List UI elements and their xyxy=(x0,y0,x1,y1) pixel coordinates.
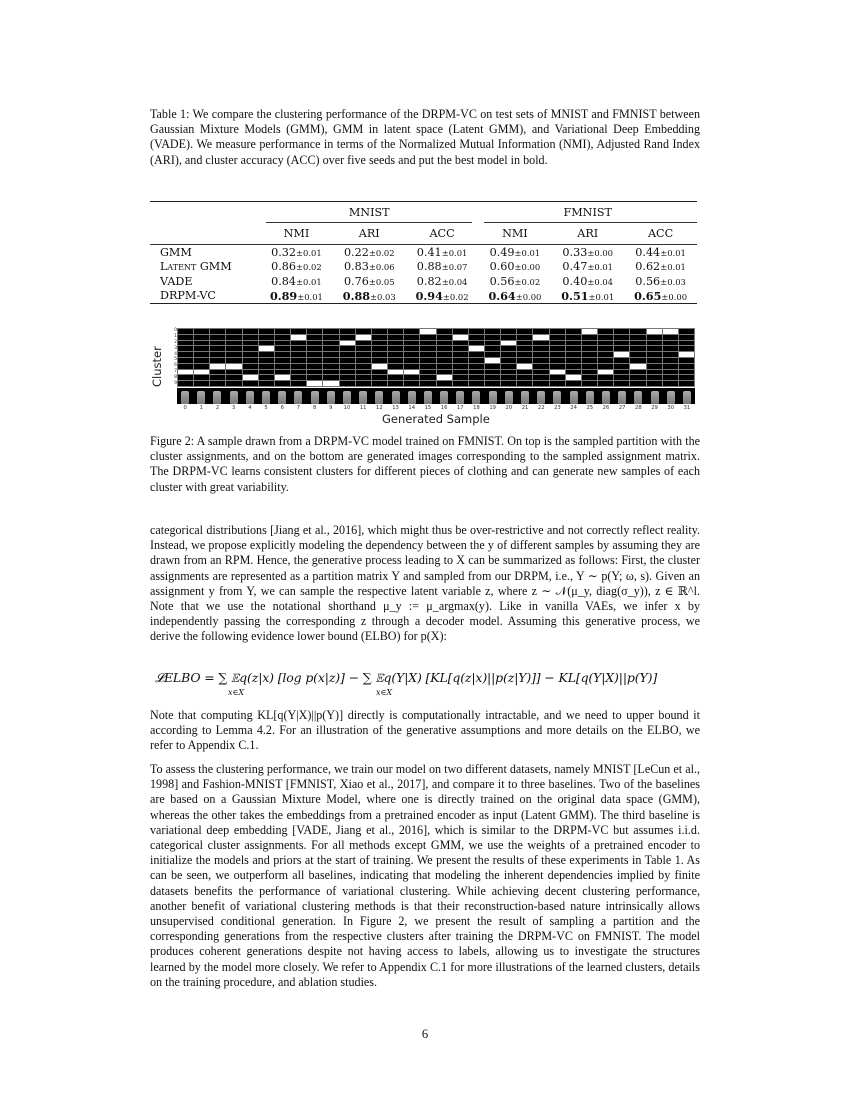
matrix-cell xyxy=(679,329,694,334)
matrix-cell xyxy=(679,341,694,346)
matrix-cell xyxy=(388,341,403,346)
cell-std: ±0.01 xyxy=(442,248,468,258)
matrix-cell xyxy=(291,335,306,340)
generated-image xyxy=(582,388,598,404)
matrix-cell xyxy=(404,352,419,357)
matrix-cell xyxy=(291,381,306,386)
matrix-cell xyxy=(388,352,403,357)
table-cell: 0.44±0.01 xyxy=(624,245,697,260)
matrix-cell xyxy=(340,346,355,351)
matrix-cell xyxy=(388,381,403,386)
matrix-cell xyxy=(533,346,548,351)
matrix-cell xyxy=(663,375,678,380)
matrix-cell xyxy=(550,370,565,375)
x-tick: 16 xyxy=(436,405,452,411)
matrix-cell xyxy=(356,364,371,369)
matrix-cell xyxy=(356,341,371,346)
cell-value: 0.56 xyxy=(490,275,515,288)
matrix-cell xyxy=(517,335,532,340)
column-header: ARI xyxy=(333,223,406,245)
matrix-cell xyxy=(469,346,484,351)
matrix-cell xyxy=(437,341,452,346)
table-cell: 0.47±0.01 xyxy=(551,260,624,275)
matrix-cell xyxy=(501,358,516,363)
matrix-cell xyxy=(323,381,338,386)
matrix-cell xyxy=(469,381,484,386)
cell-value: 0.41 xyxy=(417,246,442,259)
matrix-cell xyxy=(566,375,581,380)
x-tick: 10 xyxy=(339,405,355,411)
matrix-cell xyxy=(437,335,452,340)
matrix-cell xyxy=(437,352,452,357)
matrix-cell xyxy=(194,370,209,375)
matrix-cell xyxy=(404,358,419,363)
matrix-cell xyxy=(566,329,581,334)
cell-std: ±0.01 xyxy=(296,248,322,258)
matrix-cell xyxy=(453,329,468,334)
matrix-cell xyxy=(420,352,435,357)
matrix-cell xyxy=(566,358,581,363)
matrix-cell xyxy=(372,346,387,351)
matrix-cell xyxy=(226,370,241,375)
x-tick: 13 xyxy=(387,405,403,411)
matrix-cell xyxy=(517,370,532,375)
matrix-cell xyxy=(323,370,338,375)
matrix-cell xyxy=(566,341,581,346)
matrix-cell xyxy=(178,329,193,334)
group-header-fmnist: FMNIST xyxy=(478,202,697,224)
x-tick: 25 xyxy=(582,405,598,411)
matrix-cell xyxy=(340,335,355,340)
matrix-cell xyxy=(501,364,516,369)
matrix-cell xyxy=(501,370,516,375)
cell-std: ±0.01 xyxy=(660,248,686,258)
x-axis-ticks: 0123456789101112131415161718192021222324… xyxy=(177,405,695,411)
matrix-cell xyxy=(372,352,387,357)
matrix-cell xyxy=(259,364,274,369)
x-tick: 14 xyxy=(404,405,420,411)
generated-image xyxy=(598,388,614,404)
matrix-cell xyxy=(533,352,548,357)
matrix-cell xyxy=(550,375,565,380)
matrix-cell xyxy=(226,381,241,386)
matrix-cell xyxy=(533,381,548,386)
matrix-cell xyxy=(388,358,403,363)
group-header-mnist: MNIST xyxy=(260,202,478,224)
matrix-cell xyxy=(340,358,355,363)
matrix-cell xyxy=(243,375,258,380)
matrix-cell xyxy=(307,346,322,351)
matrix-cell xyxy=(210,370,225,375)
column-header: ARI xyxy=(551,223,624,245)
column-header: NMI xyxy=(260,223,333,245)
x-tick: 21 xyxy=(517,405,533,411)
matrix-cell xyxy=(259,346,274,351)
table-cell: 0.40±0.04 xyxy=(551,274,624,289)
matrix-cell xyxy=(340,352,355,357)
x-tick: 6 xyxy=(274,405,290,411)
matrix-cell xyxy=(226,352,241,357)
matrix-cell xyxy=(533,341,548,346)
generated-image xyxy=(290,388,306,404)
matrix-cell xyxy=(533,358,548,363)
matrix-cell xyxy=(226,335,241,340)
cell-value: 0.83 xyxy=(344,260,369,273)
table-group-header-row: MNIST FMNIST xyxy=(150,202,697,224)
table-row: Latent GMM0.86±0.020.83±0.060.88±0.070.6… xyxy=(150,260,697,275)
matrix-cell xyxy=(647,352,662,357)
matrix-cell xyxy=(647,358,662,363)
x-tick: 11 xyxy=(355,405,371,411)
cell-std: ±0.02 xyxy=(296,262,322,272)
table-cell: 0.76±0.05 xyxy=(333,274,406,289)
matrix-cell xyxy=(679,346,694,351)
matrix-cell xyxy=(372,358,387,363)
figure-partition-samples: Cluster 0123456789 012345678910111213141… xyxy=(150,322,700,427)
matrix-cell xyxy=(469,364,484,369)
generated-images-strip xyxy=(177,388,695,404)
generated-image xyxy=(646,388,662,404)
matrix-cell xyxy=(226,329,241,334)
matrix-cell xyxy=(630,381,645,386)
matrix-cell xyxy=(437,346,452,351)
matrix-cell xyxy=(517,346,532,351)
table-cell: 0.86±0.02 xyxy=(260,260,333,275)
matrix-cell xyxy=(388,346,403,351)
matrix-cell xyxy=(404,364,419,369)
matrix-cell xyxy=(210,352,225,357)
matrix-cell xyxy=(340,375,355,380)
matrix-cell xyxy=(275,335,290,340)
cell-std: ±0.01 xyxy=(589,292,615,302)
matrix-cell xyxy=(404,341,419,346)
matrix-cell xyxy=(178,346,193,351)
generated-image xyxy=(242,388,258,404)
matrix-cell xyxy=(663,370,678,375)
x-tick: 17 xyxy=(452,405,468,411)
matrix-cell xyxy=(372,335,387,340)
matrix-cell xyxy=(226,358,241,363)
equation-subscript: x∈X xyxy=(376,688,392,697)
generated-image xyxy=(501,388,517,404)
matrix-cell xyxy=(307,335,322,340)
matrix-cell xyxy=(356,335,371,340)
matrix-cell xyxy=(323,335,338,340)
matrix-cell xyxy=(663,358,678,363)
generated-image xyxy=(209,388,225,404)
matrix-cell xyxy=(291,346,306,351)
matrix-cell xyxy=(517,352,532,357)
matrix-cell xyxy=(275,375,290,380)
matrix-cell xyxy=(533,375,548,380)
matrix-cell xyxy=(291,329,306,334)
cell-std: ±0.05 xyxy=(369,277,395,287)
matrix-cell xyxy=(533,335,548,340)
matrix-cell xyxy=(453,375,468,380)
column-header: ACC xyxy=(406,223,479,245)
matrix-cell xyxy=(307,358,322,363)
matrix-cell xyxy=(485,370,500,375)
matrix-cell xyxy=(663,364,678,369)
matrix-cell xyxy=(582,341,597,346)
matrix-cell xyxy=(210,375,225,380)
matrix-cell xyxy=(404,370,419,375)
matrix-cell xyxy=(307,341,322,346)
matrix-cell xyxy=(630,335,645,340)
row-label: GMM xyxy=(150,245,260,260)
matrix-cell xyxy=(291,364,306,369)
matrix-cell xyxy=(614,375,629,380)
generated-image xyxy=(339,388,355,404)
x-tick: 3 xyxy=(226,405,242,411)
matrix-cell xyxy=(356,352,371,357)
matrix-cell xyxy=(226,375,241,380)
matrix-cell xyxy=(679,381,694,386)
matrix-cell xyxy=(550,358,565,363)
table-row: VADE0.84±0.010.76±0.050.82±0.040.56±0.02… xyxy=(150,274,697,289)
matrix-cell xyxy=(598,341,613,346)
matrix-cell xyxy=(307,370,322,375)
matrix-cell xyxy=(243,329,258,334)
matrix-cell xyxy=(372,375,387,380)
matrix-cell xyxy=(226,364,241,369)
matrix-cell xyxy=(194,375,209,380)
matrix-cell xyxy=(307,352,322,357)
generated-image xyxy=(566,388,582,404)
matrix-cell xyxy=(550,335,565,340)
matrix-cell xyxy=(275,358,290,363)
matrix-cell xyxy=(243,346,258,351)
matrix-cell xyxy=(356,346,371,351)
matrix-cell xyxy=(437,375,452,380)
table-caption: Table 1: We compare the clustering perfo… xyxy=(150,107,700,168)
matrix-cell xyxy=(372,370,387,375)
matrix-cell xyxy=(307,381,322,386)
matrix-cell xyxy=(598,375,613,380)
generated-image xyxy=(549,388,565,404)
equation-subscript: x∈X xyxy=(228,688,244,697)
matrix-cell xyxy=(437,364,452,369)
matrix-cell xyxy=(210,358,225,363)
matrix-cell xyxy=(566,335,581,340)
cell-value: 0.33 xyxy=(562,246,587,259)
matrix-cell xyxy=(453,358,468,363)
cell-value: 0.22 xyxy=(344,246,369,259)
matrix-cell xyxy=(630,341,645,346)
x-tick: 29 xyxy=(646,405,662,411)
matrix-cell xyxy=(243,370,258,375)
cell-value: 0.64 xyxy=(488,289,515,303)
matrix-cell xyxy=(630,364,645,369)
matrix-cell xyxy=(291,375,306,380)
matrix-cell xyxy=(501,346,516,351)
generated-image xyxy=(436,388,452,404)
matrix-cell xyxy=(291,352,306,357)
matrix-cell xyxy=(582,381,597,386)
generated-image xyxy=(355,388,371,404)
matrix-cell xyxy=(178,352,193,357)
matrix-cell xyxy=(679,364,694,369)
matrix-cell xyxy=(501,335,516,340)
cell-value: 0.94 xyxy=(416,289,443,303)
elbo-equation: 𝓛ELBO = ∑ 𝔼q(z|x) [log p(x|z)] − ∑ 𝔼q(Y|… xyxy=(155,668,700,704)
generated-image xyxy=(404,388,420,404)
matrix-cell xyxy=(663,335,678,340)
matrix-cell xyxy=(243,381,258,386)
page-number: 6 xyxy=(0,1027,850,1042)
matrix-cell xyxy=(663,352,678,357)
matrix-cell xyxy=(582,375,597,380)
matrix-cell xyxy=(485,375,500,380)
matrix-cell xyxy=(582,370,597,375)
matrix-cell xyxy=(178,375,193,380)
matrix-cell xyxy=(323,358,338,363)
matrix-cell xyxy=(194,335,209,340)
cell-value: 0.88 xyxy=(343,289,370,303)
cell-std: ±0.02 xyxy=(515,277,541,287)
cell-value: 0.32 xyxy=(271,246,296,259)
matrix-cell xyxy=(517,381,532,386)
cell-value: 0.62 xyxy=(635,260,660,273)
table-cell: 0.82±0.04 xyxy=(406,274,479,289)
matrix-cell xyxy=(598,346,613,351)
matrix-cell xyxy=(647,346,662,351)
x-tick: 24 xyxy=(566,405,582,411)
matrix-cell xyxy=(679,375,694,380)
generated-image xyxy=(663,388,679,404)
matrix-cell xyxy=(420,364,435,369)
matrix-cell xyxy=(178,381,193,386)
matrix-cell xyxy=(550,329,565,334)
matrix-cell xyxy=(307,375,322,380)
matrix-cell xyxy=(420,335,435,340)
row-label: Latent GMM xyxy=(150,260,260,275)
generated-image xyxy=(420,388,436,404)
matrix-cell xyxy=(356,358,371,363)
matrix-cell xyxy=(453,364,468,369)
matrix-cell xyxy=(194,364,209,369)
matrix-cell xyxy=(501,341,516,346)
matrix-cell xyxy=(614,370,629,375)
matrix-cell xyxy=(550,346,565,351)
matrix-cell xyxy=(566,364,581,369)
matrix-cell xyxy=(323,346,338,351)
matrix-cell xyxy=(614,364,629,369)
table-cell: 0.62±0.01 xyxy=(624,260,697,275)
matrix-cell xyxy=(437,329,452,334)
matrix-cell xyxy=(550,341,565,346)
matrix-cell xyxy=(598,335,613,340)
matrix-cell xyxy=(420,375,435,380)
table-cell: 0.89±0.01 xyxy=(260,289,333,304)
matrix-cell xyxy=(210,381,225,386)
matrix-cell xyxy=(388,375,403,380)
matrix-cell xyxy=(630,375,645,380)
matrix-cell xyxy=(259,375,274,380)
cell-value: 0.89 xyxy=(270,289,297,303)
cell-std: ±0.00 xyxy=(587,248,613,258)
cell-value: 0.60 xyxy=(490,260,515,273)
table-cell: 0.88±0.07 xyxy=(406,260,479,275)
matrix-cell xyxy=(614,335,629,340)
cell-std: ±0.00 xyxy=(516,292,542,302)
matrix-cell xyxy=(340,381,355,386)
matrix-cell xyxy=(630,358,645,363)
matrix-cell xyxy=(340,329,355,334)
matrix-cell xyxy=(469,370,484,375)
matrix-cell xyxy=(630,329,645,334)
matrix-cell xyxy=(598,358,613,363)
matrix-cell xyxy=(469,375,484,380)
matrix-cell xyxy=(210,341,225,346)
matrix-cell xyxy=(566,381,581,386)
matrix-cell xyxy=(453,335,468,340)
generated-image xyxy=(485,388,501,404)
matrix-cell xyxy=(291,358,306,363)
table-cell: 0.32±0.01 xyxy=(260,245,333,260)
matrix-cell xyxy=(243,341,258,346)
matrix-cell xyxy=(485,364,500,369)
matrix-cell xyxy=(663,346,678,351)
matrix-cell xyxy=(501,352,516,357)
x-tick: 5 xyxy=(258,405,274,411)
cell-std: ±0.01 xyxy=(660,262,686,272)
matrix-cell xyxy=(372,381,387,386)
table-cell: 0.65±0.00 xyxy=(624,289,697,304)
generated-image xyxy=(517,388,533,404)
generated-image xyxy=(387,388,403,404)
matrix-cell xyxy=(307,364,322,369)
matrix-cell xyxy=(582,358,597,363)
x-tick: 2 xyxy=(209,405,225,411)
matrix-cell xyxy=(485,381,500,386)
matrix-cell xyxy=(420,370,435,375)
x-tick: 18 xyxy=(468,405,484,411)
matrix-cell xyxy=(275,346,290,351)
cell-std: ±0.01 xyxy=(587,262,613,272)
x-tick: 28 xyxy=(630,405,646,411)
matrix-cell xyxy=(291,341,306,346)
x-axis-label: Generated Sample xyxy=(382,412,490,426)
matrix-cell xyxy=(372,364,387,369)
matrix-cell xyxy=(614,358,629,363)
matrix-cell xyxy=(275,381,290,386)
matrix-cell xyxy=(210,335,225,340)
matrix-cell xyxy=(388,364,403,369)
matrix-cell xyxy=(323,329,338,334)
matrix-cell xyxy=(437,370,452,375)
matrix-cell xyxy=(582,329,597,334)
matrix-cell xyxy=(679,335,694,340)
matrix-cell xyxy=(356,375,371,380)
matrix-cell xyxy=(259,381,274,386)
matrix-cell xyxy=(453,381,468,386)
x-tick: 7 xyxy=(290,405,306,411)
matrix-cell xyxy=(323,364,338,369)
cell-std: ±0.06 xyxy=(369,262,395,272)
matrix-cell xyxy=(598,352,613,357)
matrix-cell xyxy=(582,352,597,357)
cell-value: 0.82 xyxy=(417,275,442,288)
matrix-cell xyxy=(259,370,274,375)
matrix-cell xyxy=(598,329,613,334)
matrix-cell xyxy=(647,341,662,346)
matrix-cell xyxy=(259,329,274,334)
matrix-cell xyxy=(340,364,355,369)
generated-image xyxy=(258,388,274,404)
table-cell: 0.33±0.00 xyxy=(551,245,624,260)
cell-value: 0.40 xyxy=(562,275,587,288)
